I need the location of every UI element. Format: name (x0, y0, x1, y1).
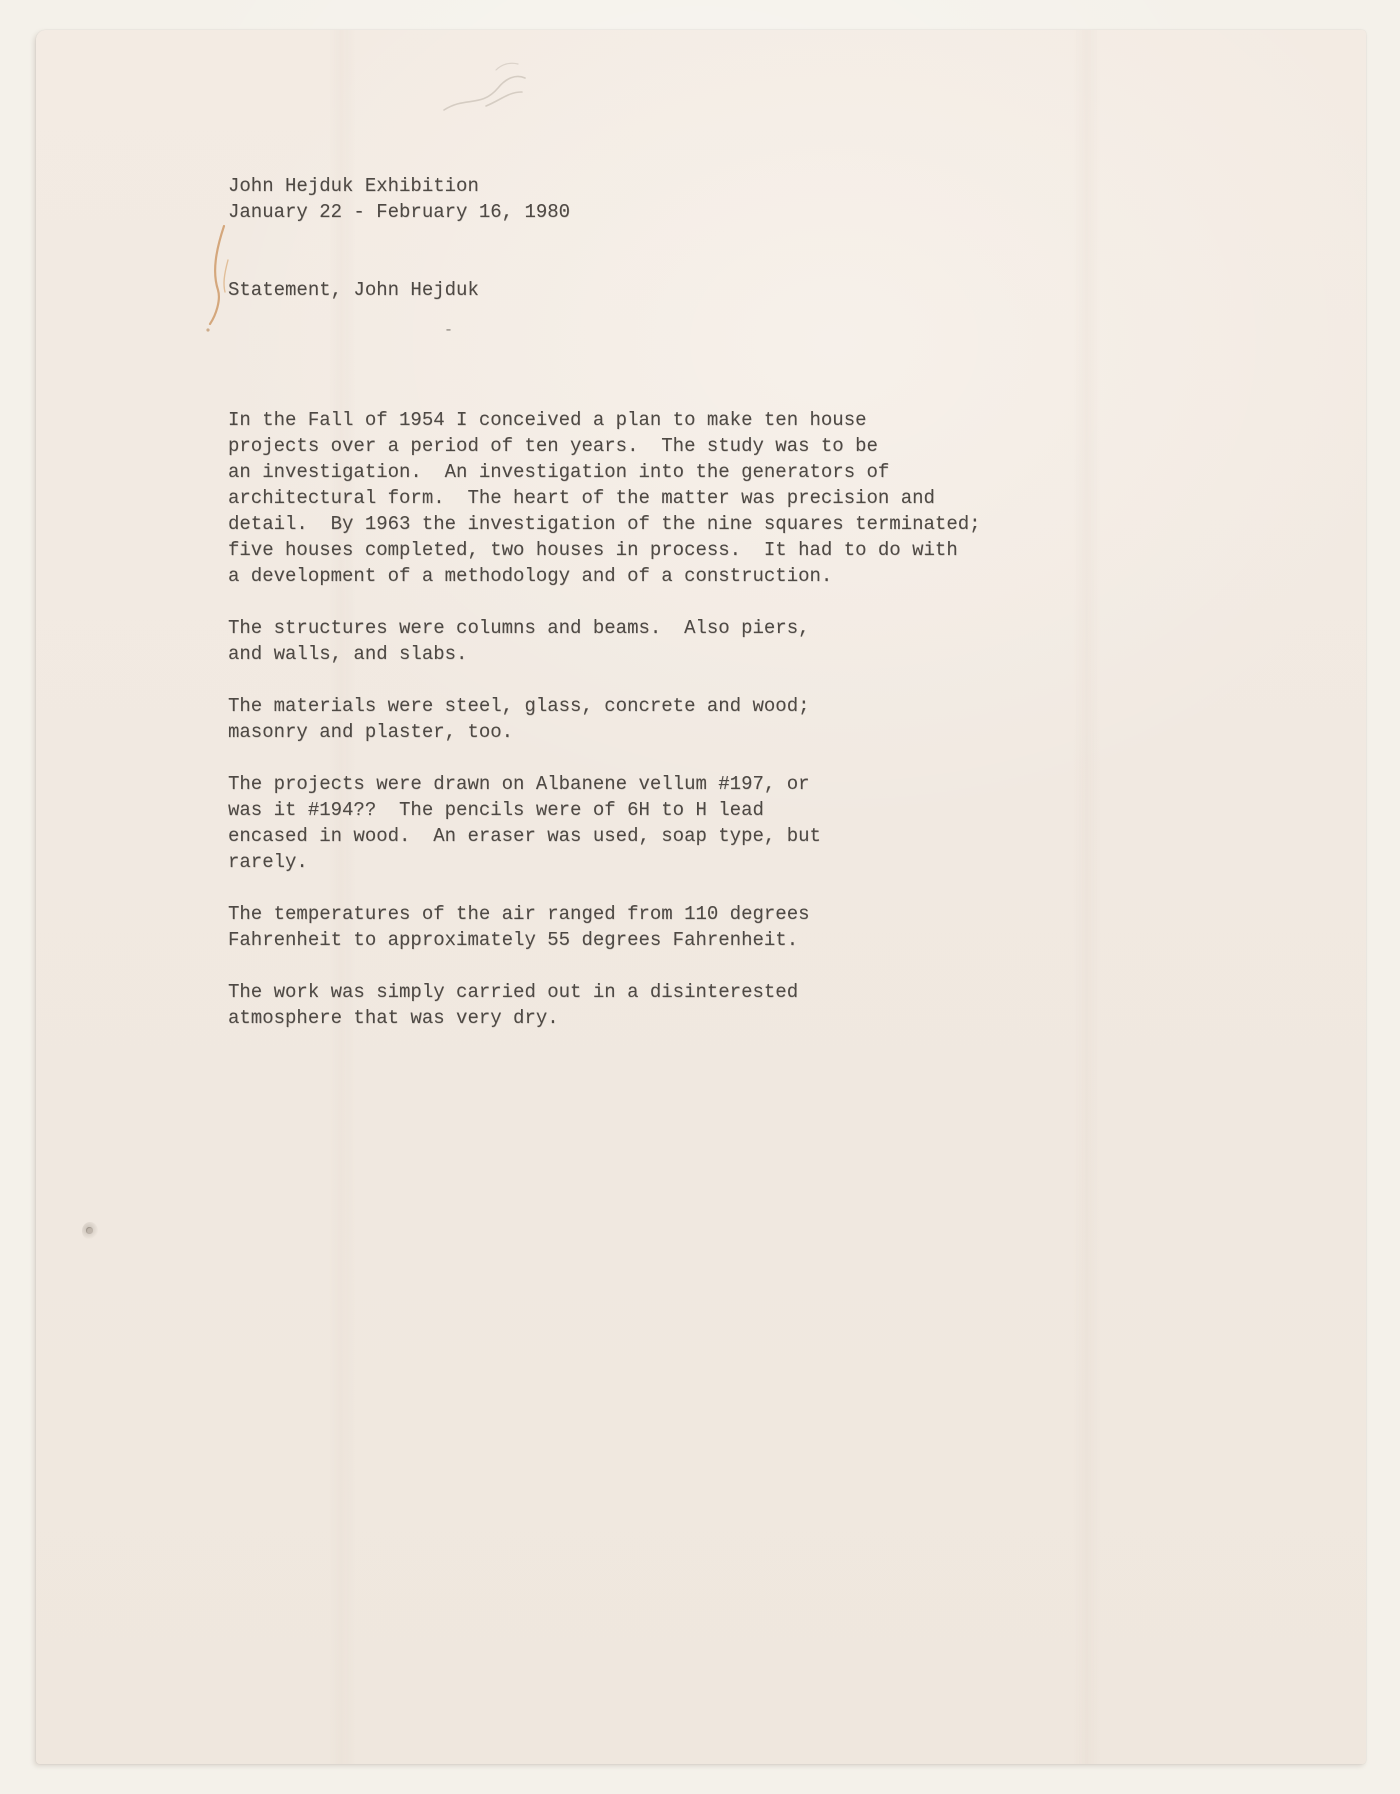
typewritten-content: John Hejduk Exhibition January 22 - Febr… (228, 173, 1308, 1057)
exhibition-dates: January 22 - February 16, 1980 (228, 199, 1308, 225)
paragraph: The projects were drawn on Albanene vell… (228, 771, 1308, 875)
paragraph: The work was simply carried out in a dis… (228, 979, 1308, 1031)
smudge-spot (86, 1227, 93, 1234)
statement-body: In the Fall of 1954 I conceived a plan t… (228, 407, 1308, 1031)
smudge-mark (82, 1222, 98, 1240)
statement-label-block: Statement, John Hejduk (228, 277, 1308, 303)
paragraph: In the Fall of 1954 I conceived a plan t… (228, 407, 1308, 589)
paper-sheet: - John Hejduk Exhibition January 22 - Fe… (36, 30, 1366, 1764)
pencil-scribble-mark (426, 48, 556, 133)
exhibition-title: John Hejduk Exhibition (228, 173, 1308, 199)
paragraph: The materials were steel, glass, concret… (228, 693, 1308, 745)
document-header: John Hejduk Exhibition January 22 - Febr… (228, 173, 1308, 225)
scan-background: { "scan": { "background_color": "#f4f1ea… (0, 0, 1400, 1794)
paragraph: The structures were columns and beams. A… (228, 615, 1308, 667)
paragraph: The temperatures of the air ranged from … (228, 901, 1308, 953)
statement-label: Statement, John Hejduk (228, 277, 1308, 303)
